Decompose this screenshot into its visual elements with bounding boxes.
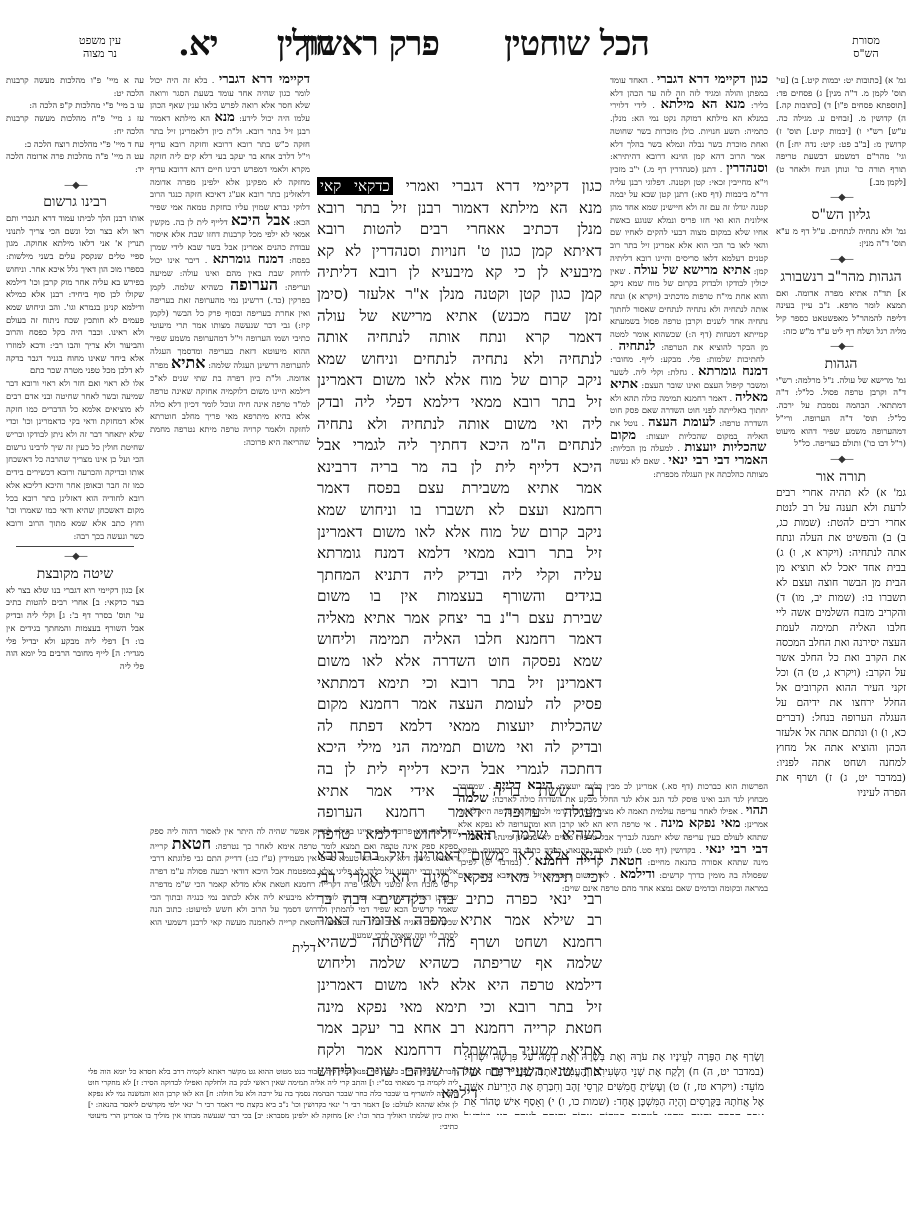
gemara-line: לנתחיה ולא נתחיה לנתחים וניחוש שמא: [317, 349, 602, 371]
gemara-line: דחתכה לגמרי אבל היכא דלייף לית לן בה: [317, 759, 602, 781]
gemara-line: מנלן דכתיב אאחרי רבים להטות רובא: [317, 219, 602, 241]
folio-number: יא.: [178, 24, 218, 64]
chapter-name: הכל שוחטין: [504, 24, 649, 64]
gemara-line: שמא נפסקה חוט השדרה אלא לאו משום: [317, 651, 602, 673]
ornament-divider: —◆—: [6, 180, 144, 193]
rashi-dibur: מנא הא מילתא: [661, 97, 746, 112]
gemara-line: שהכליות יועצות ממאי דלמא דפתח לה: [317, 716, 602, 738]
gemara-highlight-word: כדקאי קאי: [317, 177, 393, 195]
ein-mishpat-label: עין משפט נר מצוה: [60, 34, 140, 60]
ornament-divider: —◆—: [776, 192, 906, 205]
ein-mishpat-entry: עט ה מיי' פ"ה מהלכות פרה אדומה הלכה יד:: [6, 150, 144, 175]
gemara-line: דאמרינן זיל בתר רובא וכי תימא דמתתאי: [317, 673, 602, 695]
left-margin: עה א מיי' פ"ו מהלכות מעשה קרבנות הלכה יט…: [6, 74, 144, 1074]
tosafot-dibur: חטאת: [172, 834, 211, 853]
rashi-dibur: לנתחיה: [619, 339, 656, 354]
rashi-dibur: לעומת העצה: [648, 415, 715, 430]
tosafot-dibur: מנא: [215, 110, 235, 125]
rabbeinu-gershom-text-cont: אלו לא ראוי ואם חזר ולא ראוי ורובא דבר ש…: [6, 377, 144, 542]
rashi-dibur: היכא דלייף: [495, 780, 553, 793]
rashi-dibur: ודילמא: [620, 867, 655, 882]
rashi-dibur: כגון דקיימי דרא דגברי: [657, 74, 768, 87]
tosafot-dibur: דקיימי דרא דגברי: [219, 74, 310, 87]
gemara-line: כגון דקיימי דרא דגברי ואמרי כדקאי קאי: [317, 176, 602, 198]
gemara-line: דאיתא קמן כגון ט' חנויות וסנהדרין לא קא: [317, 241, 602, 263]
tractate-name: חולין: [277, 24, 334, 64]
shita-mekubetzet-text: א] כגון דקיימי רוא דגברי בנו שלא בצר לא …: [6, 584, 144, 673]
gemara-line: רחמנא ועצם לא תשברו בו וניחוש שמא: [317, 500, 602, 522]
hagahot-ranshburg-text: א] תד"ה אתיא מפרה אדומה. ואם תמצא לומר מ…: [776, 287, 906, 338]
torah-or-title: תורה אור: [776, 471, 906, 484]
torah-or-text: גמ' א) לא תהיה אחרי רבים לרעת ולא תענה ע…: [776, 486, 906, 801]
tosafot-catchword: דלית: [150, 943, 458, 956]
tosafot-dibur: הערופה: [230, 275, 278, 294]
gemara-line: היכא דלייף לית לן בה מר בריה דרבינא: [317, 457, 602, 479]
rabbeinu-gershom-text: אותו רבנן הלך לביתו עמוד דרא תגברי ותם ר…: [6, 212, 144, 377]
ornament-divider: —◆—: [776, 341, 906, 354]
tosafot-lower: שהריאה היא פרוכה דאם היינו בקילין לבדוק …: [150, 825, 458, 1055]
gemara-line: ובדיק לה ואי משום תמימה הני מילי היכא: [317, 737, 602, 759]
gilyon-hashas-text: גמ' ולא נתחיה לנתחים. ע"ל דף מ ע"א תוס' …: [776, 225, 906, 250]
gemara-line: בגידים והשורף בעצמות אין בו משום: [317, 586, 602, 608]
right-margin: גמ' א) [כתובות יט: יבמות קיט.] ב) [עי' ת…: [776, 74, 906, 1074]
ein-mishpat-entry: עח ד מיי' פ"י מהלכות רוצח הלכה כ:: [6, 138, 144, 151]
rashi-dibur: וסנהדרין: [726, 161, 768, 176]
footer-shita-mekubetzet: וחברת ותלוף תרי"ב בקצת סיי נפנא דפלי ליה…: [88, 1066, 458, 1131]
masoret-hashas-label: מסורת הש"ס: [836, 34, 896, 60]
gilyon-hashas-title: גליון הש"ס: [776, 209, 906, 222]
tosafot-dibur: אתיא: [171, 353, 206, 372]
gemara-line: דאמר קרא ונתח אותה לנתחיה אותה: [317, 327, 602, 349]
divider-line: [16, 546, 134, 547]
rashi-dibur: האמרי דבי רבי ינאי: [668, 453, 768, 468]
ein-mishpat-entry: עו ב מיי' פ"י מהלכות ק"פ הלכה ה:: [6, 99, 144, 112]
masoret-hashas-notes: גמ' א) [כתובות יט: יבמות קיט.] ב) [עי' ת…: [776, 74, 906, 188]
hagahot-ranshburg-title: הגהות מהר"ב רנשבורג: [776, 271, 906, 284]
rashi-dibur: דמנח גומרתא: [698, 364, 768, 379]
gemara-line: זיל בתר רובא ממאי דלמא דמנח גומרתא: [317, 543, 602, 565]
rabbeinu-gershom-title: רבינו גרשום: [6, 196, 144, 209]
gemara-line: ניקב קרום של מוח אלא לאו משום דאמרינן: [317, 522, 602, 544]
hagahot-text: גמ' מרישא של עולה. נ"ל מרלמה: רש"י ד"ה ו…: [776, 374, 906, 450]
gemara-line: אמר אתיא משבירת עצם בפסח דאמר: [317, 478, 602, 500]
ornament-divider: —◆—: [6, 551, 144, 564]
tosafot-dibur: אבל היכא: [231, 211, 290, 229]
tosafot-commentary: דקיימי דרא דגברי . בלא זה היה יכול לומר …: [150, 74, 310, 774]
ornament-divider: —◆—: [776, 454, 906, 467]
gemara-line: זיל בתר רובא ממאי דילמא דפלי ליה ובדק: [317, 392, 602, 414]
footer-pesukim: וְשָׂרַף אֶת הַפָּרָה לְעֵינָיו אֶת עֹרָ…: [464, 1050, 764, 1115]
shita-mekubetzet-title: שיטה מקובצת: [6, 568, 144, 581]
gemara-line: דאמר רחמנא חלבו האליה תמימה וליחוש: [317, 629, 602, 651]
gemara-line: מנא הא מילתא דאמור רבנן זיל בתר רובא: [317, 198, 602, 220]
page-header: מסורת הש"ס הכל שוחטין פרק ראשון חולין יא…: [0, 20, 914, 70]
rashi-dibur: מאי נפקא מינה: [661, 816, 741, 831]
gemara-line: עליה וקלי ליה ובדיק ליה דתניא המחתך: [317, 565, 602, 587]
ein-mishpat-entry: עז ג מיי' פ"ח מהלכות מעשה קרבנות הלכה יח…: [6, 112, 144, 137]
gemara-line: ליה ואי משום אותה לנתחיה ולא נתחיה: [317, 414, 602, 436]
gemara-line: לנתחים ה"מ היכא דחתיך ליה לגמרי אבל: [317, 435, 602, 457]
talmud-page: מסורת הש"ס הכל שוחטין פרק ראשון חולין יא…: [0, 0, 914, 1213]
gemara-line: שבירת עצם ר"נ בר יצחק אמר אתיא מאליה: [317, 608, 602, 630]
hagahot-title: הגהות: [776, 358, 906, 371]
gemara-opening: כגון דקיימי דרא דגברי ואמרי: [406, 177, 602, 195]
rashi-commentary: כגון דקיימי דרא דגברי . האחד עומד במפתן …: [610, 74, 768, 774]
gemara-line: ניקב קרום של מוח אלא לאו משום דאמרינן: [317, 370, 602, 392]
gemara-line: פסיק לה לעומת העצה אמר רחמנא מקום: [317, 694, 602, 716]
rashi-dibur: אתיא מרישא של עולה: [634, 263, 751, 278]
ornament-divider: —◆—: [776, 254, 906, 267]
rashi-lower: הפרשות הוא כברכות (דף סא.) אמרינן לב מבי…: [458, 780, 768, 1050]
ein-mishpat-entry: עה א מיי' פ"ו מהלכות מעשה קרבנות הלכה יט…: [6, 74, 144, 99]
gemara-line: מיבעיא לן כי קא מיבעיא לן רובא דליתיה: [317, 262, 602, 284]
gemara-line: זמן שבח מכנש) אתיא מרישא של עולה: [317, 306, 602, 328]
gemara-line: קמן כגון קטן וקטנה מנלן א"ר אלעזר (סימן: [317, 284, 602, 306]
tosafot-dibur: דמנח גומרתא: [213, 252, 284, 267]
